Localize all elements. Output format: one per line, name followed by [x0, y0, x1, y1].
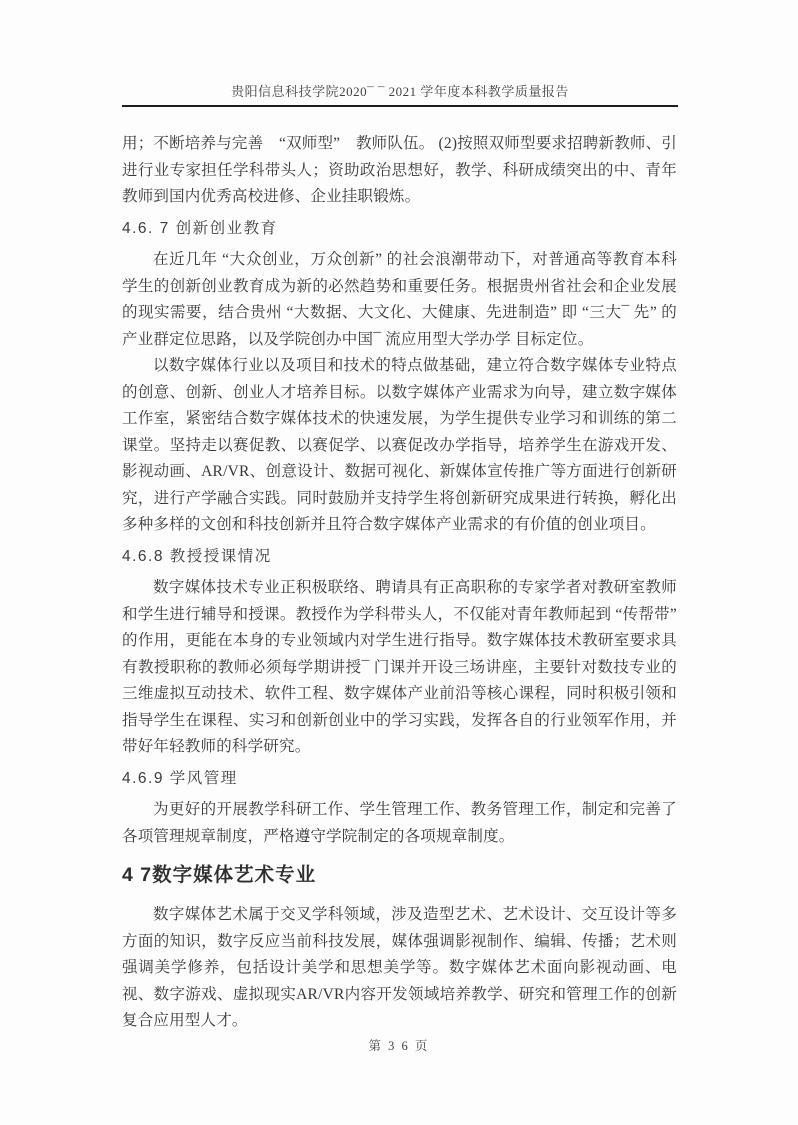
document-page: 贵阳信息科技学院2020¯ ¯ 2021 学年度本科教学质量报告 用；不断培养与… [0, 0, 798, 1125]
page-content: 用；不断培养与完善 “双师型” 教师队伍。 (2)按照双师型要求招聘新教师、引进… [122, 131, 677, 1035]
paragraph-47-1: 数字媒体艺术属于交叉学科领域，涉及造型艺术、艺术设计、交互设计等多方面的知识，数… [122, 902, 677, 1035]
paragraph-continuation: 用；不断培养与完善 “双师型” 教师队伍。 (2)按照双师型要求招聘新教师、引进… [122, 131, 677, 211]
paragraph-468-1: 数字媒体技术专业正积极联络、聘请具有正高职称的专家学者对教研室教师和学生进行辅导… [122, 575, 677, 761]
paragraph-469-1: 为更好的开展教学科研工作、学生管理工作、教务管理工作，制定和完善了各项管理规章制… [122, 797, 677, 850]
page-number: 第 3 6 页 [369, 1039, 430, 1053]
heading-4-7: 4 7数字媒体艺术专业 [122, 860, 677, 890]
page-footer: 第 3 6 页 [0, 1036, 798, 1054]
heading-4-6-8: 4.6.8 教授授课情况 [122, 544, 677, 571]
running-header: 贵阳信息科技学院2020¯ ¯ 2021 学年度本科教学质量报告 [122, 84, 678, 107]
heading-4-6-7: 4.6. 7 创新创业教育 [122, 216, 677, 243]
running-header-title: 贵阳信息科技学院2020¯ ¯ 2021 学年度本科教学质量报告 [231, 84, 569, 99]
heading-4-6-9: 4.6.9 学风管理 [122, 766, 677, 793]
paragraph-467-1: 在近几年 “大众创业，万众创新” 的社会浪潮带动下，对普通高等教育本科学生的创新… [122, 247, 677, 353]
paragraph-467-2: 以数字媒体行业以及项目和技术的特点做基础，建立符合数字媒体专业特点的创意、创新、… [122, 353, 677, 539]
